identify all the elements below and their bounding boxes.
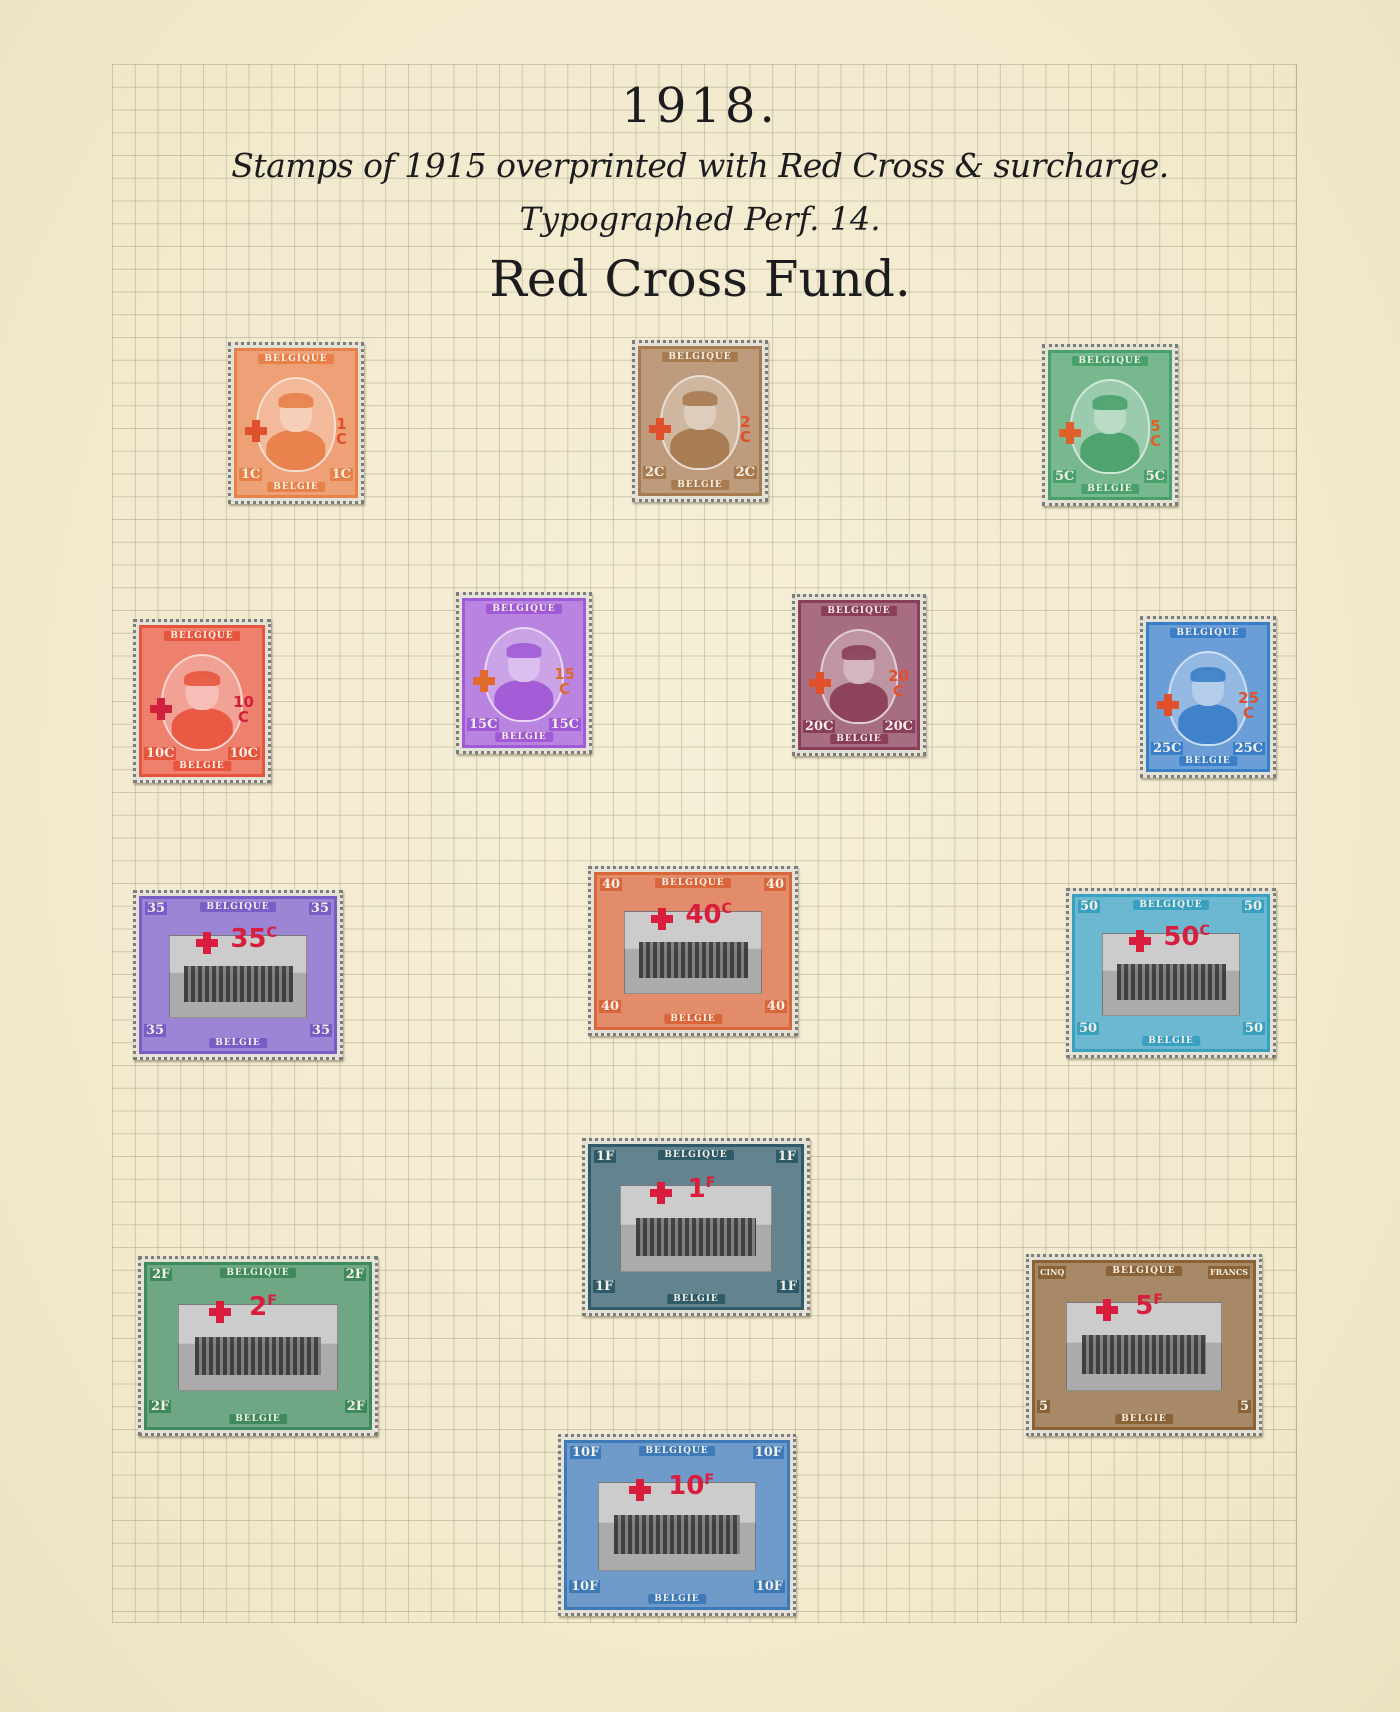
corner-value-bottom-right: 20C	[883, 720, 915, 733]
country-label: BELGIQUE	[258, 354, 333, 364]
portrait-oval	[660, 375, 740, 470]
red-cross-overprint-icon	[150, 698, 172, 720]
country-label-bottom: BELGIE	[1081, 484, 1139, 494]
stamp-design: BELGIQUE50505050BELGIE50C	[1072, 894, 1270, 1052]
corner-value-bottom-right: 15C	[549, 718, 581, 731]
surcharge-overprint: 40C	[685, 902, 732, 928]
portrait-hair	[184, 671, 220, 686]
corner-value-bottom-left: 10F	[569, 1580, 600, 1593]
corner-value-top-right: FRANCS	[1208, 1266, 1250, 1279]
corner-value-top-left: 40	[600, 878, 622, 891]
portrait-hair	[1190, 667, 1225, 682]
stamp-design: BELGIQUE10F10F10F10FBELGIE10F	[564, 1440, 790, 1610]
vignette-building	[1117, 964, 1226, 1000]
corner-value-bottom-right: 25C	[1233, 742, 1265, 755]
portrait-hair	[506, 643, 541, 658]
stamp-10f: BELGIQUE10F10F10F10FBELGIE10F	[558, 1434, 796, 1616]
stamp-design: BELGIQUE5C5CBELGIE5C	[1048, 350, 1172, 500]
corner-value-top-right: 10F	[753, 1446, 784, 1459]
portrait-bust	[172, 708, 233, 749]
country-label-bottom: BELGIE	[648, 1594, 706, 1604]
portrait-oval	[1070, 379, 1150, 474]
portrait-hair	[1092, 395, 1127, 410]
country-label-bottom: BELGIE	[830, 734, 888, 744]
corner-value-bottom-right: 5	[1238, 1400, 1251, 1413]
portrait-oval	[161, 654, 243, 750]
stamp-design: BELGIQUE1C1CBELGIE1C	[234, 348, 358, 498]
country-label: BELGIQUE	[658, 1150, 733, 1160]
stamp-design: BELGIQUE40404040BELGIE40C	[594, 872, 792, 1030]
surcharge-overprint: 10C	[233, 695, 254, 725]
country-label: BELGIQUE	[486, 604, 561, 614]
stamp-design: BELGIQUE2F2F2F2FBELGIE2F	[144, 1262, 372, 1430]
red-cross-overprint-icon	[629, 1479, 651, 1501]
portrait-bust	[266, 430, 325, 470]
country-label-bottom: BELGIE	[1142, 1036, 1200, 1046]
corner-value-top-left: CINQ	[1038, 1266, 1066, 1279]
album-page: 1918. Stamps of 1915 overprinted with Re…	[0, 0, 1400, 1712]
country-label: BELGIQUE	[200, 902, 275, 912]
surcharge-overprint: 50C	[1163, 924, 1210, 950]
country-label: BELGIQUE	[1072, 356, 1147, 366]
stamp-15c: BELGIQUE15C15CBELGIE15C	[456, 592, 592, 754]
surcharge-overprint: 20C	[888, 669, 909, 699]
red-cross-overprint-icon	[650, 1182, 672, 1204]
corner-value-bottom-right: 10C	[228, 747, 260, 760]
portrait-bust	[494, 680, 553, 720]
country-label: BELGIQUE	[164, 631, 239, 641]
corner-value-bottom-right: 40	[765, 1000, 787, 1013]
corner-value-bottom-left: 20C	[803, 720, 835, 733]
country-label: BELGIQUE	[639, 1446, 714, 1456]
corner-value-bottom-right: 1F	[777, 1280, 799, 1293]
corner-value-bottom-right: 1C	[330, 468, 353, 481]
country-label-bottom: BELGIE	[209, 1038, 267, 1048]
stamp-2f: BELGIQUE2F2F2F2FBELGIE2F	[138, 1256, 378, 1436]
corner-value-top-left: 2F	[150, 1268, 172, 1281]
stamp-1c: BELGIQUE1C1CBELGIE1C	[228, 342, 364, 504]
corner-value-top-right: 50	[1242, 900, 1264, 913]
corner-value-top-right: 40	[764, 878, 786, 891]
red-cross-overprint-icon	[651, 908, 673, 930]
heading-title: Red Cross Fund.	[0, 250, 1400, 308]
vignette-building	[184, 966, 293, 1002]
red-cross-overprint-icon	[809, 672, 831, 694]
vignette-building	[1082, 1335, 1206, 1374]
country-label: BELGIQUE	[220, 1268, 295, 1278]
red-cross-overprint-icon	[196, 932, 218, 954]
red-cross-overprint-icon	[473, 670, 495, 692]
red-cross-overprint-icon	[1157, 694, 1179, 716]
portrait-bust	[670, 428, 729, 468]
portrait-oval	[820, 629, 899, 724]
surcharge-overprint: 10F	[668, 1473, 714, 1499]
stamp-5f: BELGIQUE55CINQFRANCSBELGIE5F	[1026, 1254, 1262, 1436]
red-cross-overprint-icon	[1096, 1299, 1118, 1321]
stamp-2c: BELGIQUE2C2CBELGIE2C	[632, 340, 768, 502]
corner-value-top-left: 50	[1078, 900, 1100, 913]
stamp-design: BELGIQUE25C25CBELGIE25C	[1146, 622, 1270, 772]
surcharge-overprint: 15C	[554, 667, 575, 697]
country-label: BELGIQUE	[1170, 628, 1245, 638]
portrait-oval	[484, 627, 564, 722]
country-label-bottom: BELGIE	[229, 1414, 287, 1424]
stamp-design: BELGIQUE35353535BELGIE35C	[139, 896, 337, 1054]
corner-value-bottom-right: 50	[1243, 1022, 1265, 1035]
corner-value-bottom-right: 10F	[754, 1580, 785, 1593]
vignette-building	[195, 1337, 321, 1375]
corner-value-bottom-right: 2F	[345, 1400, 367, 1413]
corner-value-bottom-right: 2C	[734, 466, 757, 479]
stamp-50c: BELGIQUE50505050BELGIE50C	[1066, 888, 1276, 1058]
corner-value-bottom-left: 5	[1037, 1400, 1050, 1413]
corner-value-top-right: 35	[309, 902, 331, 915]
country-label: BELGIQUE	[821, 606, 896, 616]
heading-printing: Typographed Perf. 14.	[0, 200, 1400, 238]
stamp-5c: BELGIQUE5C5CBELGIE5C	[1042, 344, 1178, 506]
corner-value-bottom-left: 15C	[467, 718, 499, 731]
stamp-25c: BELGIQUE25C25CBELGIE25C	[1140, 616, 1276, 778]
red-cross-overprint-icon	[1129, 930, 1151, 952]
surcharge-overprint: 5F	[1135, 1293, 1163, 1319]
portrait-oval	[256, 377, 336, 472]
red-cross-overprint-icon	[245, 420, 267, 442]
vignette-building	[614, 1515, 739, 1554]
portrait-bust	[1178, 704, 1237, 744]
corner-value-bottom-left: 1C	[239, 468, 262, 481]
surcharge-overprint: 1F	[688, 1176, 716, 1202]
heading-description: Stamps of 1915 overprinted with Red Cros…	[0, 146, 1400, 185]
vignette-building	[636, 1218, 755, 1256]
country-label-bottom: BELGIE	[1179, 756, 1237, 766]
country-label: BELGIQUE	[655, 878, 730, 888]
corner-value-top-left: 1F	[594, 1150, 616, 1163]
vignette-building	[639, 942, 748, 978]
surcharge-overprint: 2C	[740, 415, 751, 445]
heading-year: 1918.	[0, 78, 1400, 134]
portrait-hair	[842, 645, 876, 660]
corner-value-top-right: 1F	[776, 1150, 798, 1163]
stamp-design: BELGIQUE1F1F1F1FBELGIE1F	[588, 1144, 804, 1310]
red-cross-overprint-icon	[209, 1301, 231, 1323]
corner-value-bottom-left: 35	[144, 1024, 166, 1037]
corner-value-bottom-right: 5C	[1144, 470, 1167, 483]
surcharge-overprint: 35C	[230, 926, 277, 952]
red-cross-overprint-icon	[1059, 422, 1081, 444]
corner-value-top-right: 2F	[344, 1268, 366, 1281]
country-label-bottom: BELGIE	[671, 480, 729, 490]
stamp-design: BELGIQUE2C2CBELGIE2C	[638, 346, 762, 496]
country-label-bottom: BELGIE	[267, 482, 325, 492]
country-label-bottom: BELGIE	[664, 1014, 722, 1024]
country-label: BELGIQUE	[1133, 900, 1208, 910]
corner-value-bottom-left: 2F	[149, 1400, 171, 1413]
stamp-35c: BELGIQUE35353535BELGIE35C	[133, 890, 343, 1060]
stamp-1f: BELGIQUE1F1F1F1FBELGIE1F	[582, 1138, 810, 1316]
portrait-bust	[830, 682, 888, 722]
portrait-bust	[1080, 432, 1139, 472]
corner-value-bottom-left: 5C	[1053, 470, 1076, 483]
country-label-bottom: BELGIE	[1115, 1414, 1173, 1424]
stamp-20c: BELGIQUE20C20CBELGIE20C	[792, 594, 926, 756]
stamp-design: BELGIQUE10C10CBELGIE10C	[139, 625, 265, 777]
portrait-oval	[1168, 651, 1248, 746]
corner-value-bottom-left: 1F	[593, 1280, 615, 1293]
stamp-design: BELGIQUE15C15CBELGIE15C	[462, 598, 586, 748]
corner-value-bottom-left: 10C	[144, 747, 176, 760]
country-label-bottom: BELGIE	[495, 732, 553, 742]
surcharge-overprint: 25C	[1238, 691, 1259, 721]
surcharge-overprint: 1C	[336, 417, 347, 447]
stamp-design: BELGIQUE20C20CBELGIE20C	[798, 600, 920, 750]
corner-value-bottom-left: 25C	[1151, 742, 1183, 755]
stamp-design: BELGIQUE55CINQFRANCSBELGIE5F	[1032, 1260, 1256, 1430]
red-cross-overprint-icon	[649, 418, 671, 440]
stamp-10c: BELGIQUE10C10CBELGIE10C	[133, 619, 271, 783]
corner-value-bottom-right: 35	[310, 1024, 332, 1037]
surcharge-overprint: 2F	[249, 1294, 277, 1320]
country-label: BELGIQUE	[662, 352, 737, 362]
surcharge-overprint: 5C	[1150, 419, 1161, 449]
corner-value-bottom-left: 50	[1077, 1022, 1099, 1035]
corner-value-top-left: 10F	[570, 1446, 601, 1459]
portrait-hair	[682, 391, 717, 406]
country-label-bottom: BELGIE	[667, 1294, 725, 1304]
corner-value-top-left: 35	[145, 902, 167, 915]
portrait-hair	[278, 393, 313, 408]
country-label-bottom: BELGIE	[173, 761, 231, 771]
country-label: BELGIQUE	[1106, 1266, 1181, 1276]
corner-value-bottom-left: 40	[599, 1000, 621, 1013]
stamp-40c: BELGIQUE40404040BELGIE40C	[588, 866, 798, 1036]
corner-value-bottom-left: 2C	[643, 466, 666, 479]
